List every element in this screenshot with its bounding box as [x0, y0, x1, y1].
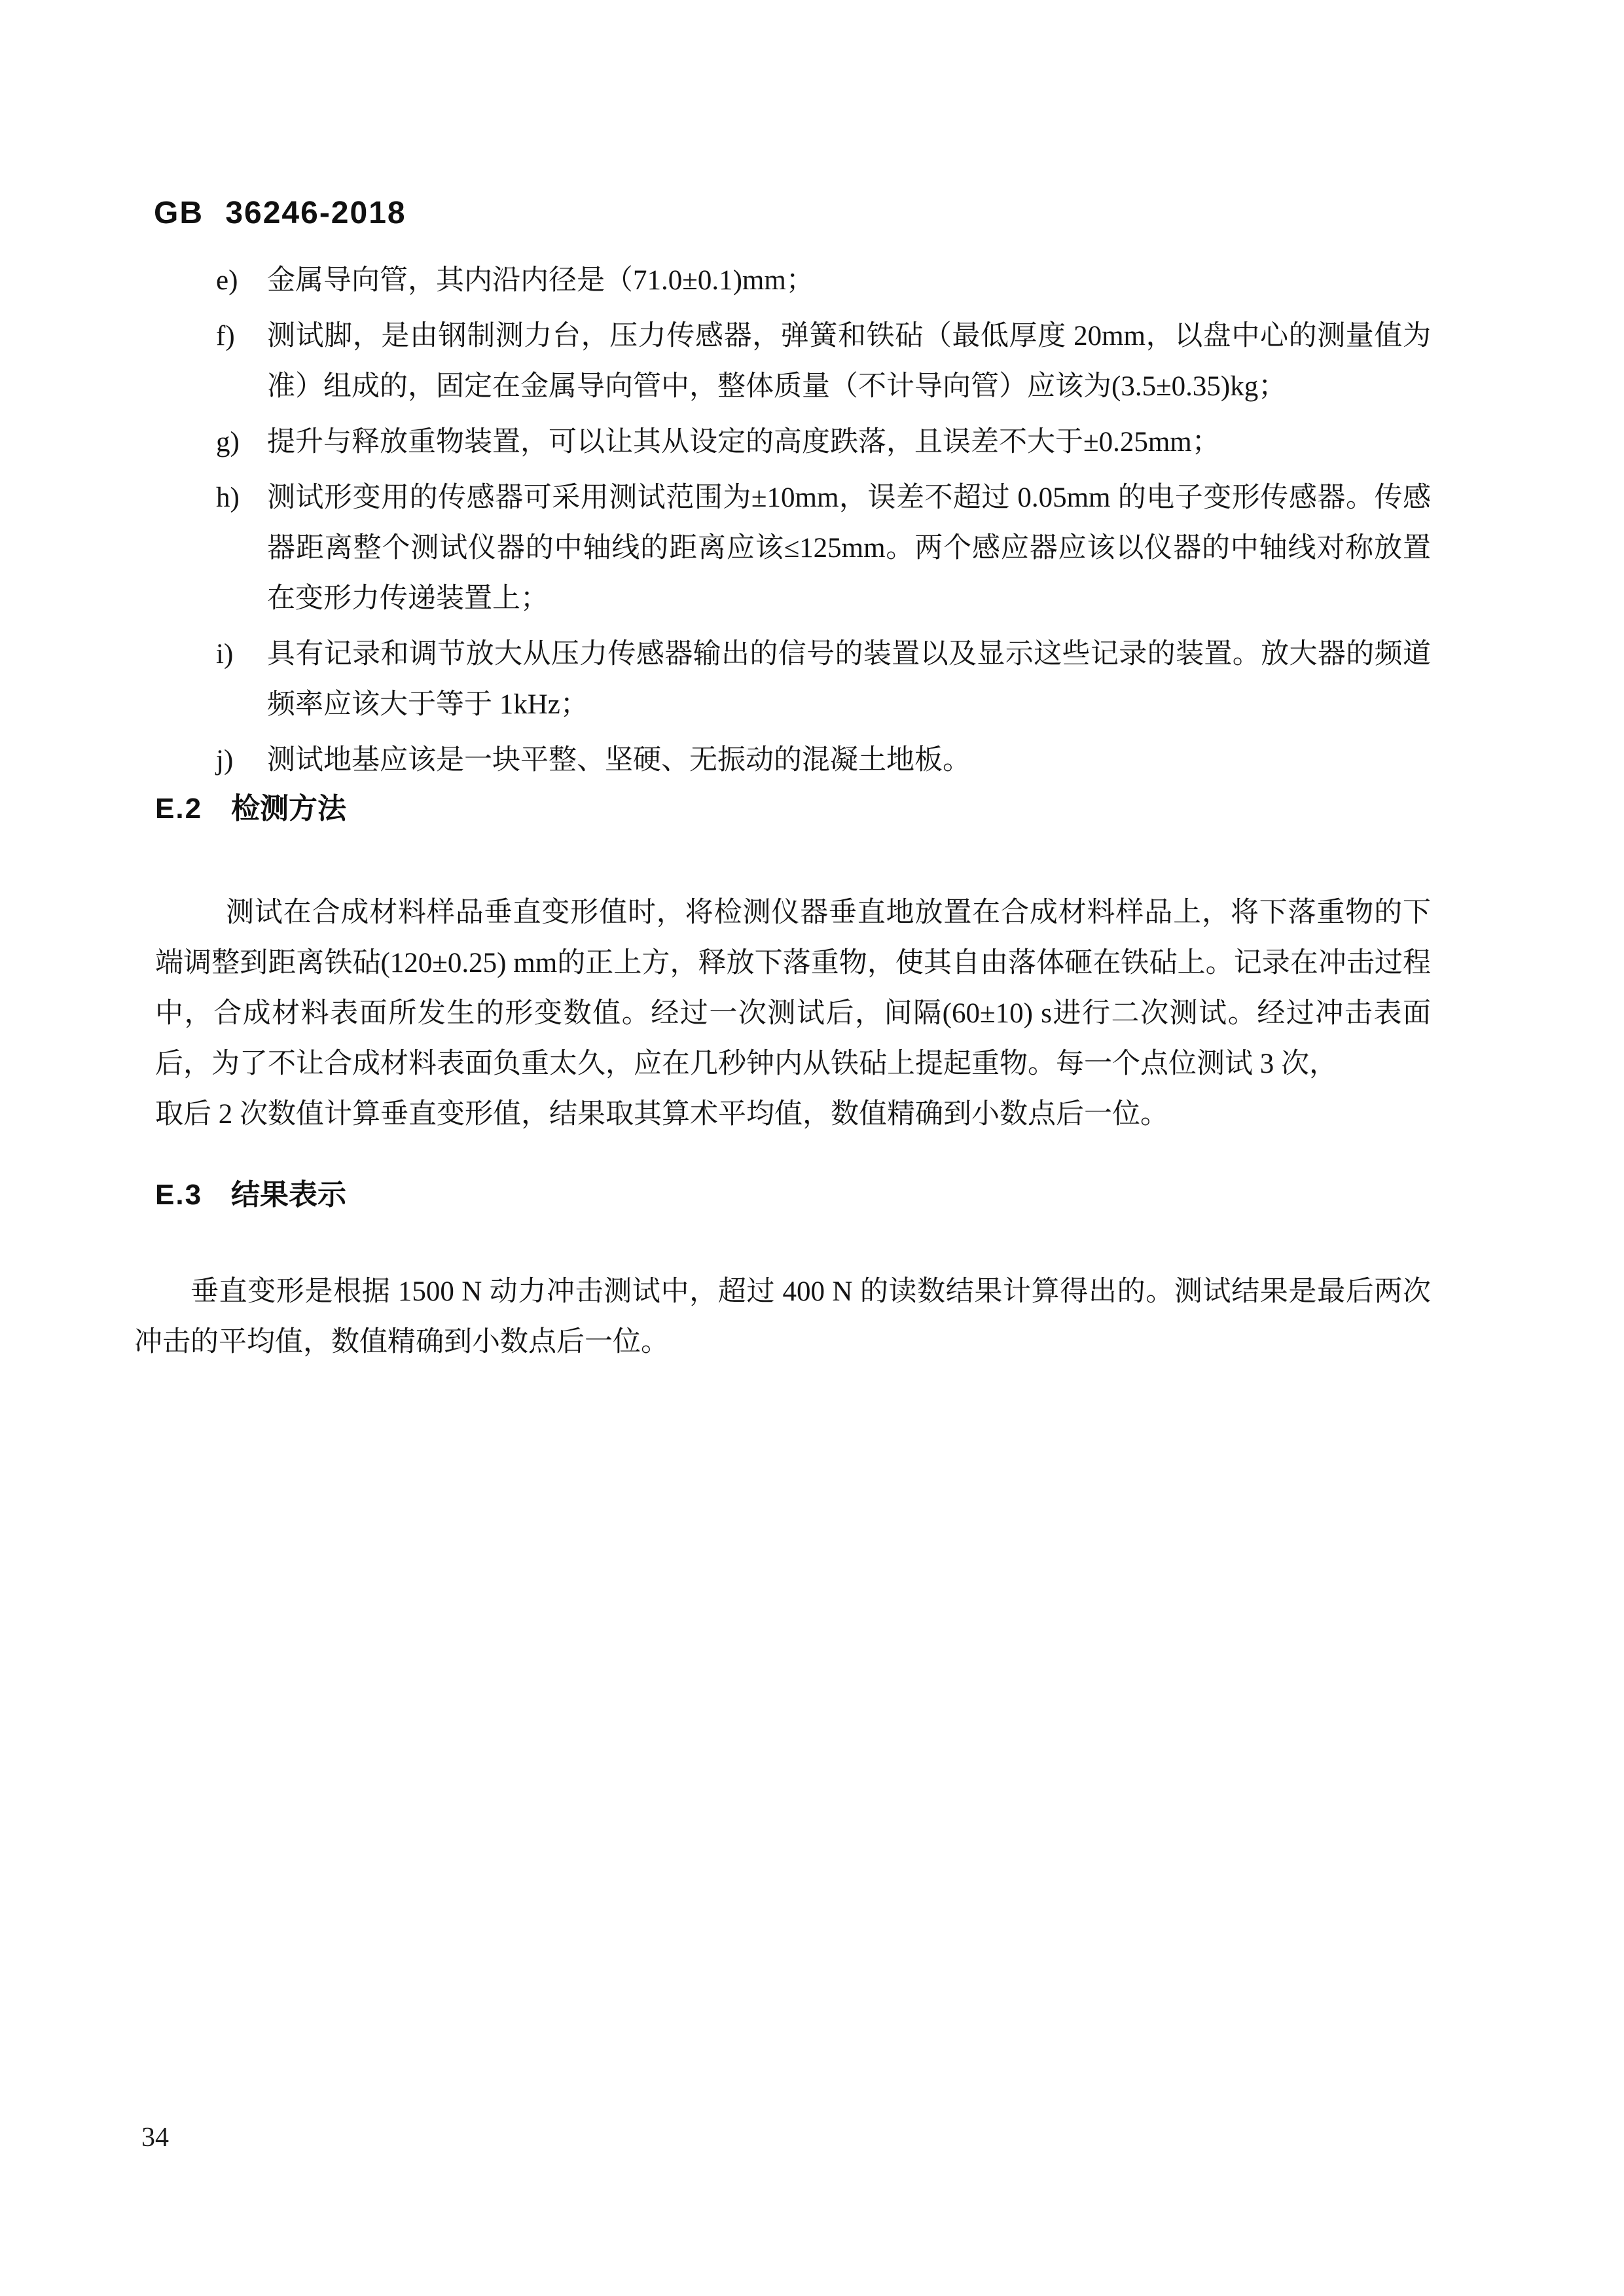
section-heading-e2: E.2检测方法	[155, 789, 346, 829]
list-item: j) 测试地基应该是一块平整、坚硬、无振动的混凝土地板。	[216, 735, 1431, 785]
list-item: e) 金属导向管，其内沿内径是（71.0±0.1)mm；	[216, 255, 1431, 306]
section-e2-body: 测试在合成材料样品垂直变形值时，将检测仪器垂直地放置在合成材料样品上，将下落重物…	[155, 888, 1431, 1139]
list-item-text: 测试地基应该是一块平整、坚硬、无振动的混凝土地板。	[267, 735, 1431, 785]
list-item-text: 测试形变用的传感器可采用测试范围为±10mm，误差不超过 0.05mm 的电子变…	[267, 473, 1431, 624]
section-number: E.3	[155, 1179, 202, 1211]
list-item-text: 测试脚，是由钢制测力台，压力传感器，弹簧和铁砧（最低厚度 20mm，以盘中心的测…	[267, 311, 1431, 412]
section-title: 检测方法	[231, 793, 346, 825]
page-number: 34	[141, 2121, 169, 2155]
equipment-list: e) 金属导向管，其内沿内径是（71.0±0.1)mm； f) 测试脚，是由钢制…	[216, 255, 1431, 791]
list-item-marker: h)	[216, 473, 267, 624]
standard-code: GB 36246-2018	[154, 194, 406, 233]
section-e3-body: 垂直变形是根据 1500 N 动力冲击测试中，超过 400 N 的读数结果计算得…	[134, 1266, 1431, 1367]
list-item-text: 金属导向管，其内沿内径是（71.0±0.1)mm；	[267, 255, 1431, 306]
list-item-text: 提升与释放重物装置，可以让其从设定的高度跌落，且误差不大于±0.25mm；	[267, 417, 1431, 467]
section-heading-e3: E.3结果表示	[155, 1175, 346, 1215]
list-item: g) 提升与释放重物装置，可以让其从设定的高度跌落，且误差不大于±0.25mm；	[216, 417, 1431, 467]
paragraph: 垂直变形是根据 1500 N 动力冲击测试中，超过 400 N 的读数结果计算得…	[134, 1266, 1431, 1367]
list-item-marker: e)	[216, 255, 267, 306]
list-item-marker: j)	[216, 735, 267, 785]
list-item-marker: i)	[216, 629, 267, 730]
list-item: h) 测试形变用的传感器可采用测试范围为±10mm，误差不超过 0.05mm 的…	[216, 473, 1431, 624]
list-item-marker: g)	[216, 417, 267, 467]
document-page: GB 36246-2018 e) 金属导向管，其内沿内径是（71.0±0.1)m…	[0, 0, 1624, 2296]
paragraph: 取后 2 次数值计算垂直变形值，结果取其算术平均值，数值精确到小数点后一位。	[155, 1089, 1431, 1139]
paragraph: 测试在合成材料样品垂直变形值时，将检测仪器垂直地放置在合成材料样品上，将下落重物…	[155, 888, 1431, 1089]
section-title: 结果表示	[231, 1179, 346, 1211]
list-item: i) 具有记录和调节放大从压力传感器输出的信号的装置以及显示这些记录的装置。放大…	[216, 629, 1431, 730]
list-item-marker: f)	[216, 311, 267, 412]
list-item-text: 具有记录和调节放大从压力传感器输出的信号的装置以及显示这些记录的装置。放大器的频…	[267, 629, 1431, 730]
section-number: E.2	[155, 793, 202, 825]
list-item: f) 测试脚，是由钢制测力台，压力传感器，弹簧和铁砧（最低厚度 20mm，以盘中…	[216, 311, 1431, 412]
